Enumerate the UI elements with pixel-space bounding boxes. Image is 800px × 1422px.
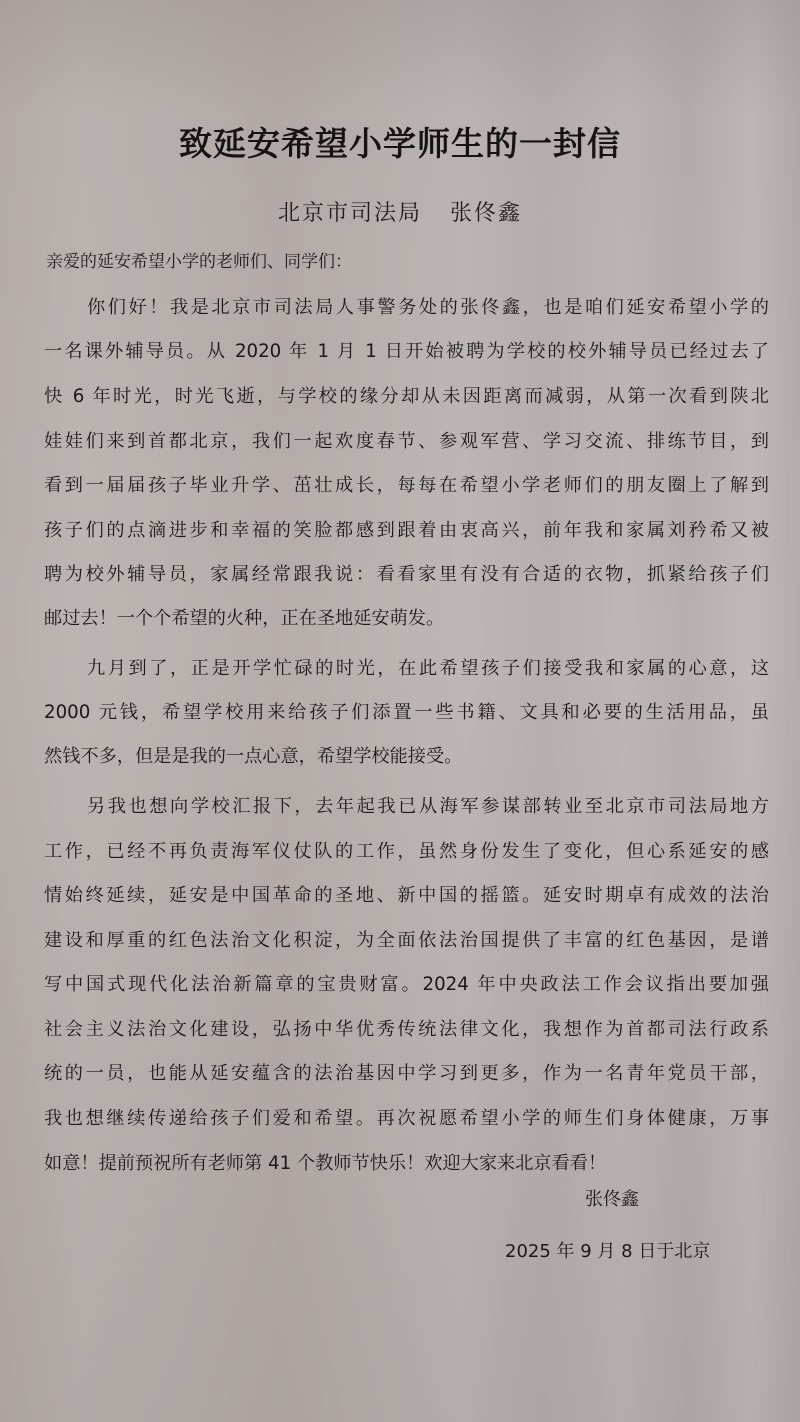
paragraph-3-line-5: 写中国式现代化法治新篇章的宝贵财富。2024 年中央政法工作会议指出要加强 <box>44 970 769 996</box>
paragraph-1-line-3: 快 6 年时光，时光飞逝，与学校的缘分却从未因距离而减弱，从第一次看到陕北 <box>44 382 769 408</box>
letter-title: 致延安希望小学师生的一封信 <box>0 118 800 165</box>
paragraph-3-line-3: 情始终延续，延安是中国革命的圣地、新中国的摇篮。延安时期卓有成效的法治 <box>44 881 769 907</box>
paragraph-2-line-2: 2000 元钱，希望学校用来给孩子们添置一些书籍、文具和必要的生活用品，虽 <box>44 698 769 724</box>
paragraph-1-line-6: 孩子们的点滴进步和幸福的笑脸都感到跟着由衷高兴，前年我和家属刘矜希又被 <box>44 516 769 542</box>
paragraph-1-line-2: 一名课外辅导员。从 2020 年 1 月 1 日开始被聘为学校的校外辅导员已经过… <box>44 337 769 363</box>
paragraph-1-line-5: 看到一届届孩子毕业升学、茁壮成长，每每在希望小学老师们的朋友圈上了解到 <box>44 471 769 497</box>
author-organization: 北京市司法局 <box>278 201 422 226</box>
paragraph-1-line-8: 邮过去！一个个希望的火种，正在圣地延安萌发。 <box>44 604 769 630</box>
paragraph-3-line-8: 我也想继续传递给孩子们爱和希望。再次祝愿希望小学的师生们身体健康，万事 <box>44 1104 769 1130</box>
salutation: 亲爱的延安希望小学的老师们、同学们： <box>46 247 352 272</box>
paragraph-3-line-2: 工作，已经不再负责海军仪仗队的工作，虽然身份发生了变化，但心系延安的感 <box>44 837 769 863</box>
paragraph-1-line-4: 娃娃们来到首都北京，我们一起欢度春节、参观军营、学习交流、排练节目，到 <box>44 427 769 453</box>
paragraph-3-line-1: 另我也想向学校汇报下，去年起我已从海军参谋部转业至北京市司法局地方 <box>87 792 769 818</box>
author-line: 北京市司法局张佟鑫 <box>0 196 800 227</box>
letter-document: 致延安希望小学师生的一封信 北京市司法局张佟鑫 亲爱的延安希望小学的老师们、同学… <box>0 0 800 1422</box>
paragraph-3-line-9: 如意！提前预祝所有老师第 41 个教师节快乐！欢迎大家来北京看看！ <box>44 1149 769 1175</box>
paragraph-2-line-1: 九月到了，正是开学忙碌的时光，在此希望孩子们接受我和家属的心意，这 <box>87 654 769 680</box>
paragraph-3-line-4: 建设和厚重的红色法治文化积淀，为全面依法治国提供了丰富的红色基因，是谱 <box>44 926 769 952</box>
paragraph-3-line-7: 统的一员，也能从延安蕴含的法治基因中学习到更多，作为一名青年党员干部， <box>44 1059 769 1085</box>
signature: 张佟鑫 <box>585 1185 639 1211</box>
date-and-place: 2025 年 9 月 8 日于北京 <box>505 1237 710 1263</box>
author-name: 张佟鑫 <box>450 201 522 226</box>
paragraph-3-line-6: 社会主义法治文化建设，弘扬中华优秀传统法律文化，我想作为首都司法行政系 <box>44 1015 769 1041</box>
paragraph-2-line-3: 然钱不多，但是是我的一点心意，希望学校能接受。 <box>44 742 769 768</box>
paragraph-1-line-7: 聘为校外辅导员，家属经常跟我说：看看家里有没有合适的衣物，抓紧给孩子们 <box>44 560 769 586</box>
paragraph-1-line-1: 你们好！我是北京市司法局人事警务处的张佟鑫，也是咱们延安希望小学的 <box>87 293 769 319</box>
